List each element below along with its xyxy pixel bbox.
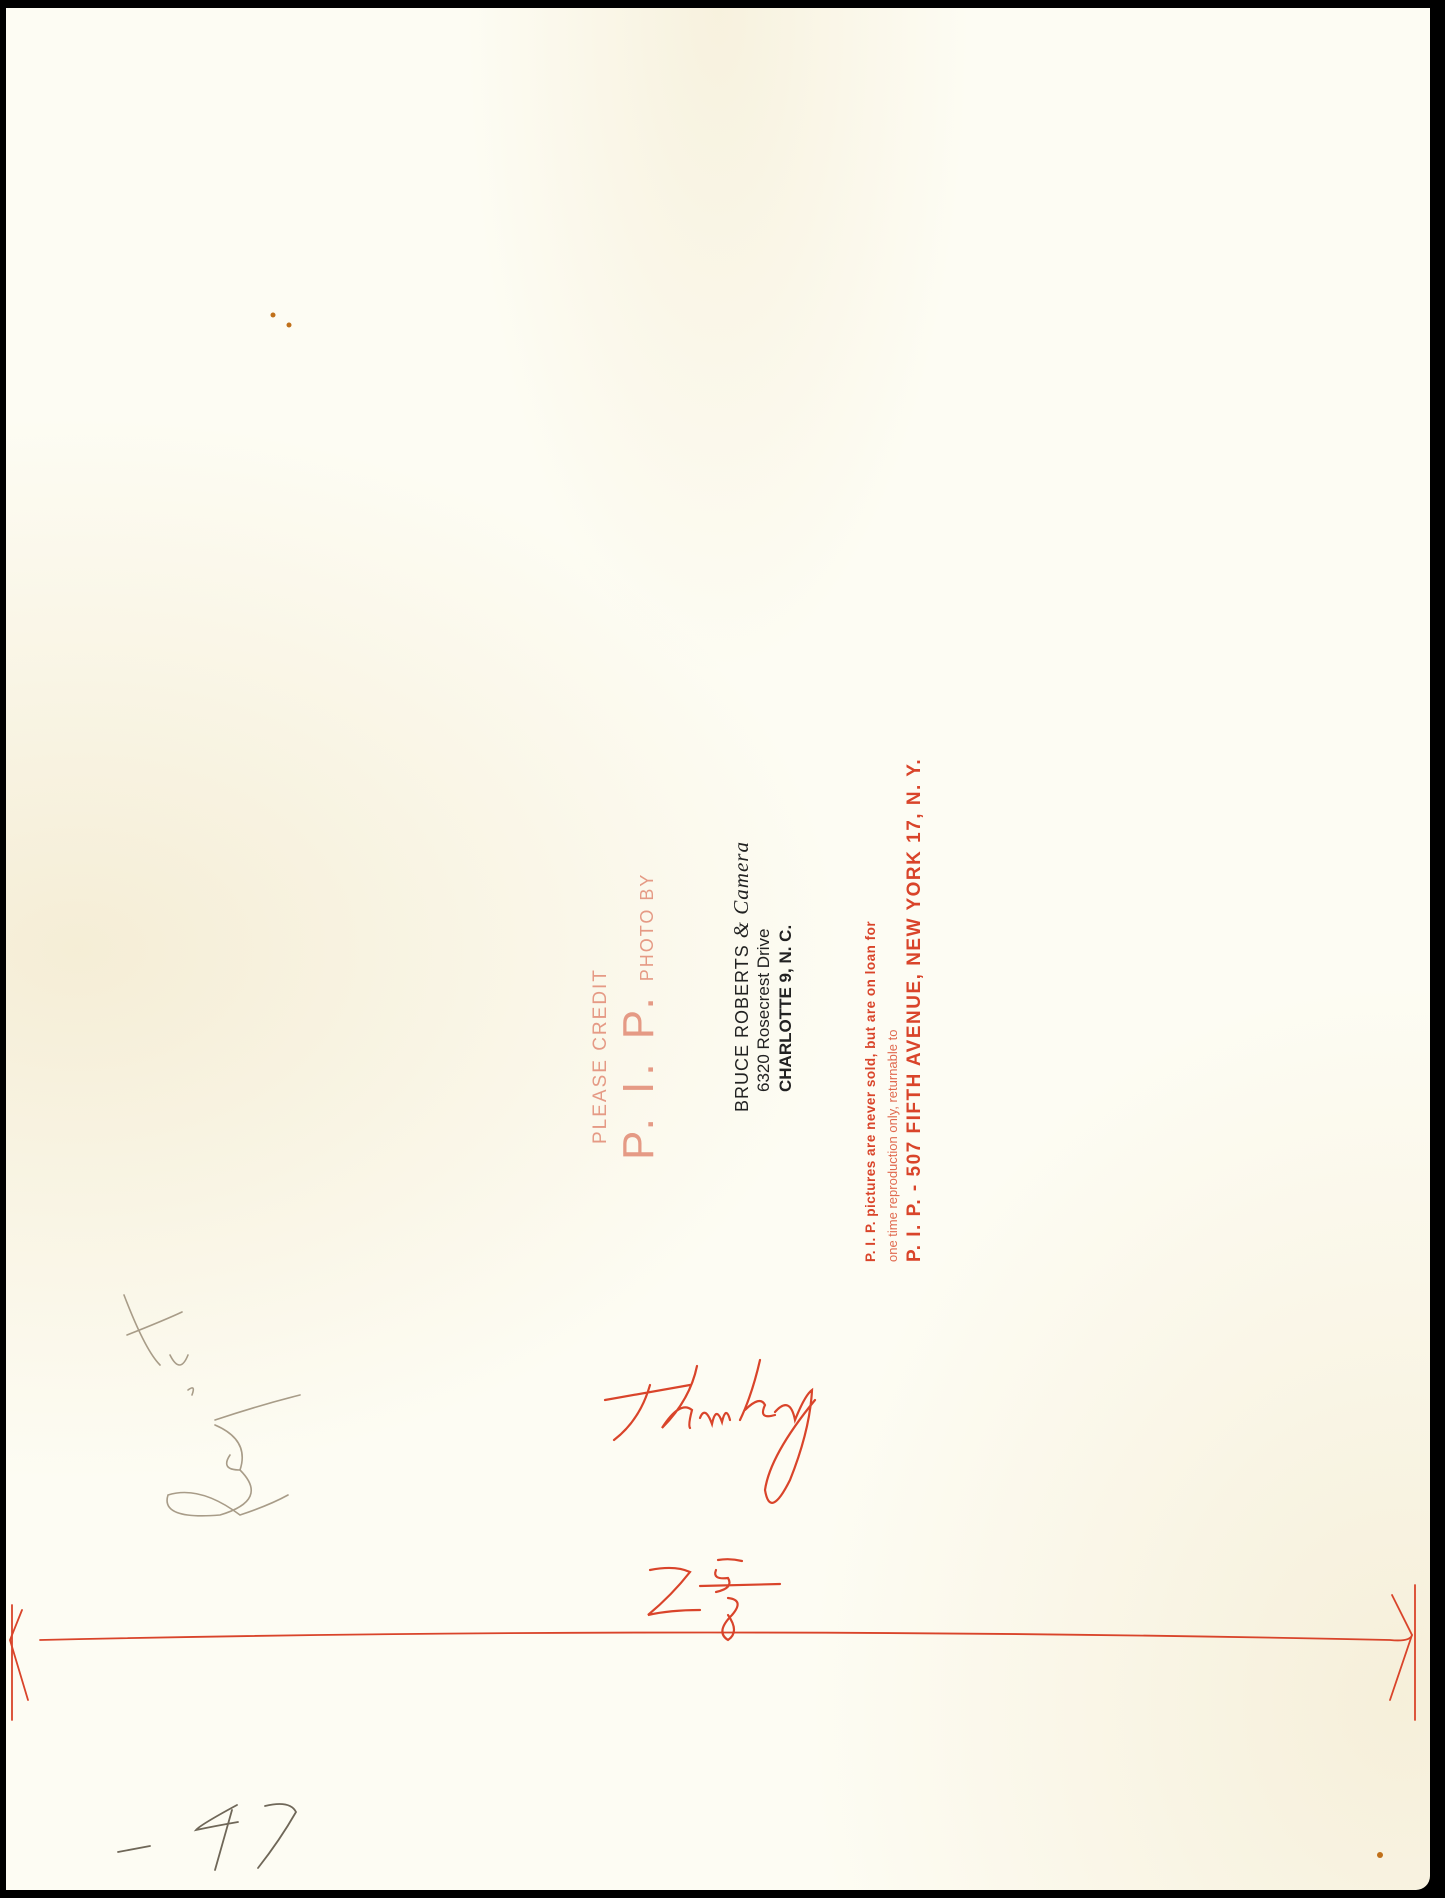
stain-spots [271,313,1384,1859]
handwriting-layer [0,0,1445,1898]
pencil-note [124,1295,300,1516]
width-arrow [10,1585,1415,1720]
caption-thinking [605,1360,815,1503]
pencil-number [118,1804,296,1870]
measure-note [648,1559,780,1640]
